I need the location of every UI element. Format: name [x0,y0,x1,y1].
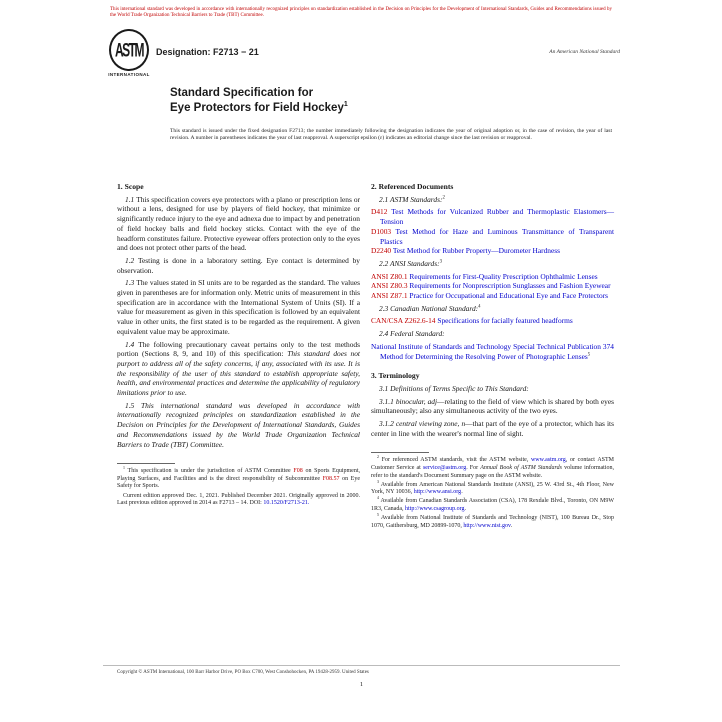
text-run: . For [466,465,480,471]
astm-logo-letters: ASTM [115,39,143,61]
astm-logo-icon: ASTM [109,29,149,71]
text-run: binocular, adj [396,397,437,406]
paragraph: 2.1 ASTM Standards:2 [371,195,614,205]
reference-entry: ANSI Z80.3 Requirements for Nonprescript… [371,281,614,291]
reference-link[interactable]: 10.1520/F2713-21. [263,500,309,506]
text-run: 2.1 [379,195,390,204]
text-run: The values stated in SI units are to be … [117,278,360,336]
reference-link[interactable]: Practice for Occupational and Educationa… [409,291,608,300]
reference-entry: D1003 Test Method for Haze and Luminous … [371,227,614,246]
reference-link[interactable]: D1003 [371,227,391,236]
text-run: 1.4 [125,340,138,349]
reference-link[interactable]: Specifications for facially featured hea… [437,316,572,325]
text-run: This specification is under the jurisdic… [125,468,293,474]
section-heading: 3. Terminology [371,371,614,381]
reference-link[interactable]: Test Method for Haze and Luminous Transm… [380,227,614,246]
reference-link[interactable]: Requirements for First-Quality Prescript… [409,272,597,281]
text-run: 1. Scope [117,182,144,191]
reference-entry: National Institute of Standards and Tech… [371,342,614,361]
reference-link[interactable]: http://www.nist.gov [463,523,510,529]
reference-link[interactable]: F08.57 [323,476,340,482]
text-run: Available from American National Standar… [371,482,614,496]
text-run: For referenced ASTM standards, visit the… [379,457,531,463]
wto-notice: This international standard was develope… [110,7,612,19]
reference-entry: ANSI Z87.1 Practice for Occupational and… [371,291,614,301]
reference-entry: D2240 Test Method for Rubber Property—Du… [371,246,614,256]
footnote-ref: 3 [440,259,442,264]
paragraph: 2.2 ANSI Standards:3 [371,259,614,269]
text-run: 1.5 [125,401,141,410]
footnote: 4 Available from Canadian Standards Asso… [371,498,614,513]
footnote: 2 For referenced ASTM standards, visit t… [371,457,614,480]
national-standard-note: An American National Standard [549,49,620,55]
body-columns: 1. Scope1.1 This specification covers ey… [117,178,614,532]
paragraph: 3.1 Definitions of Terms Specific to Thi… [371,384,614,394]
title-line2: Eye Protectors for Field Hockey1 [170,101,348,116]
text-run: 1.1 [125,195,136,204]
text-run: ANSI Standards: [390,259,440,268]
paragraph: 2.4 Federal Standard: [371,329,614,339]
left-column: 1. Scope1.1 This specification covers ey… [117,178,360,532]
right-column: 2. Referenced Documents2.1 ASTM Standard… [371,178,614,532]
reference-link[interactable]: F08 [293,468,302,474]
designation-label: Designation: F2713 − 21 [156,47,259,57]
text-run: . [461,489,463,495]
reference-link[interactable]: ANSI Z87.1 [371,291,408,300]
paragraph: 1.3 The values stated in SI units are to… [117,278,360,336]
section-heading: 2. Referenced Documents [371,182,614,192]
text-run: This specification covers eye protectors… [117,195,360,253]
document-title: Standard Specification for Eye Protector… [170,86,348,116]
text-run: 1.2 [125,256,138,265]
text-run: 3.1.1 [379,397,396,406]
footnote: 3 Available from American National Stand… [371,482,614,497]
text-run: 2.3 [379,304,390,313]
issuance-note: This standard is issued under the fixed … [170,128,612,143]
paragraph: 3.1.1 binocular, adj—relating to the fie… [371,397,614,416]
text-run: 1.3 [125,278,136,287]
document-page: This international standard was develope… [0,0,722,722]
reference-link[interactable]: D412 [371,207,387,216]
text-run: Federal Standard: [390,329,445,338]
footnote-rule [371,452,429,453]
paragraph: 1.2 Testing is done in a laboratory sett… [117,256,360,275]
text-run: 2.2 [379,259,390,268]
footer-rule [103,665,620,666]
text-run: Testing is done in a laboratory setting.… [117,256,360,275]
footnote: 1 This specification is under the jurisd… [117,468,360,491]
reference-link[interactable]: ANSI Z80.1 [371,272,408,281]
reference-link[interactable]: Test Method for Rubber Property—Duromete… [393,246,560,255]
paragraph: 1.5 This international standard was deve… [117,401,360,450]
astm-logo-subtext: INTERNATIONAL [106,72,152,77]
text-run: central viewing zone, n [396,419,465,428]
footnote: 5 Available from National Institute of S… [371,515,614,530]
paragraph: 1.4 The following precautionary caveat p… [117,340,360,398]
text-run: ASTM Standards: [390,195,443,204]
text-run: 3.1.2 [379,419,396,428]
reference-link[interactable]: D2240 [371,246,391,255]
reference-link[interactable]: service@astm.org [423,465,466,471]
text-run: 3.1 [379,384,390,393]
text-run: Current edition approved Dec. 1, 2021. P… [117,493,360,507]
reference-link[interactable]: Test Methods for Vulcanized Rubber and T… [380,207,614,226]
reference-link[interactable]: CAN/CSA Z262.6-14 [371,316,435,325]
section-heading: 1. Scope [117,182,360,192]
text-run: Canadian National Standard: [390,304,478,313]
title-line1: Standard Specification for [170,86,348,101]
text-run: . [511,523,513,529]
reference-link[interactable]: Requirements for Nonprescription Sunglas… [409,281,610,290]
title-footnote-ref[interactable]: 1 [344,101,348,108]
footnote-ref: 2 [442,195,444,200]
paragraph: 2.3 Canadian National Standard:4 [371,304,614,314]
footnote-rule [117,463,175,464]
footnote-ref: 5 [588,352,590,357]
reference-link[interactable]: http://www.csagroup.org [405,506,465,512]
copyright-line: Copyright © ASTM International, 100 Barr… [103,670,620,675]
text-run: 3. Terminology [371,371,420,380]
astm-logo: ASTM INTERNATIONAL [106,29,152,77]
footnote: Current edition approved Dec. 1, 2021. P… [117,493,360,508]
reference-link[interactable]: ANSI Z80.3 [371,281,408,290]
reference-entry: D412 Test Methods for Vulcanized Rubber … [371,207,614,226]
reference-link[interactable]: http://www.ansi.org [414,489,462,495]
page-footer: Copyright © ASTM International, 100 Barr… [103,665,620,688]
text-run: Definitions of Terms Specific to This St… [390,384,529,393]
text-run: Annual Book of ASTM Standards [480,465,562,471]
text-run: This international standard was develope… [117,401,360,449]
page-number: 1 [103,681,620,688]
reference-entry: CAN/CSA Z262.6-14 Specifications for fac… [371,316,614,326]
reference-link[interactable]: National Institute of Standards and Tech… [371,342,614,361]
paragraph: 3.1.2 central viewing zone, n—that part … [371,419,614,438]
text-run: . [465,506,467,512]
footnote-ref: 4 [478,304,480,309]
reference-link[interactable]: www.astm.org [531,457,566,463]
text-run: 2. Referenced Documents [371,182,453,191]
reference-entry: ANSI Z80.1 Requirements for First-Qualit… [371,272,614,282]
text-run: 2.4 [379,329,390,338]
paragraph: 1.1 This specification covers eye protec… [117,195,360,253]
